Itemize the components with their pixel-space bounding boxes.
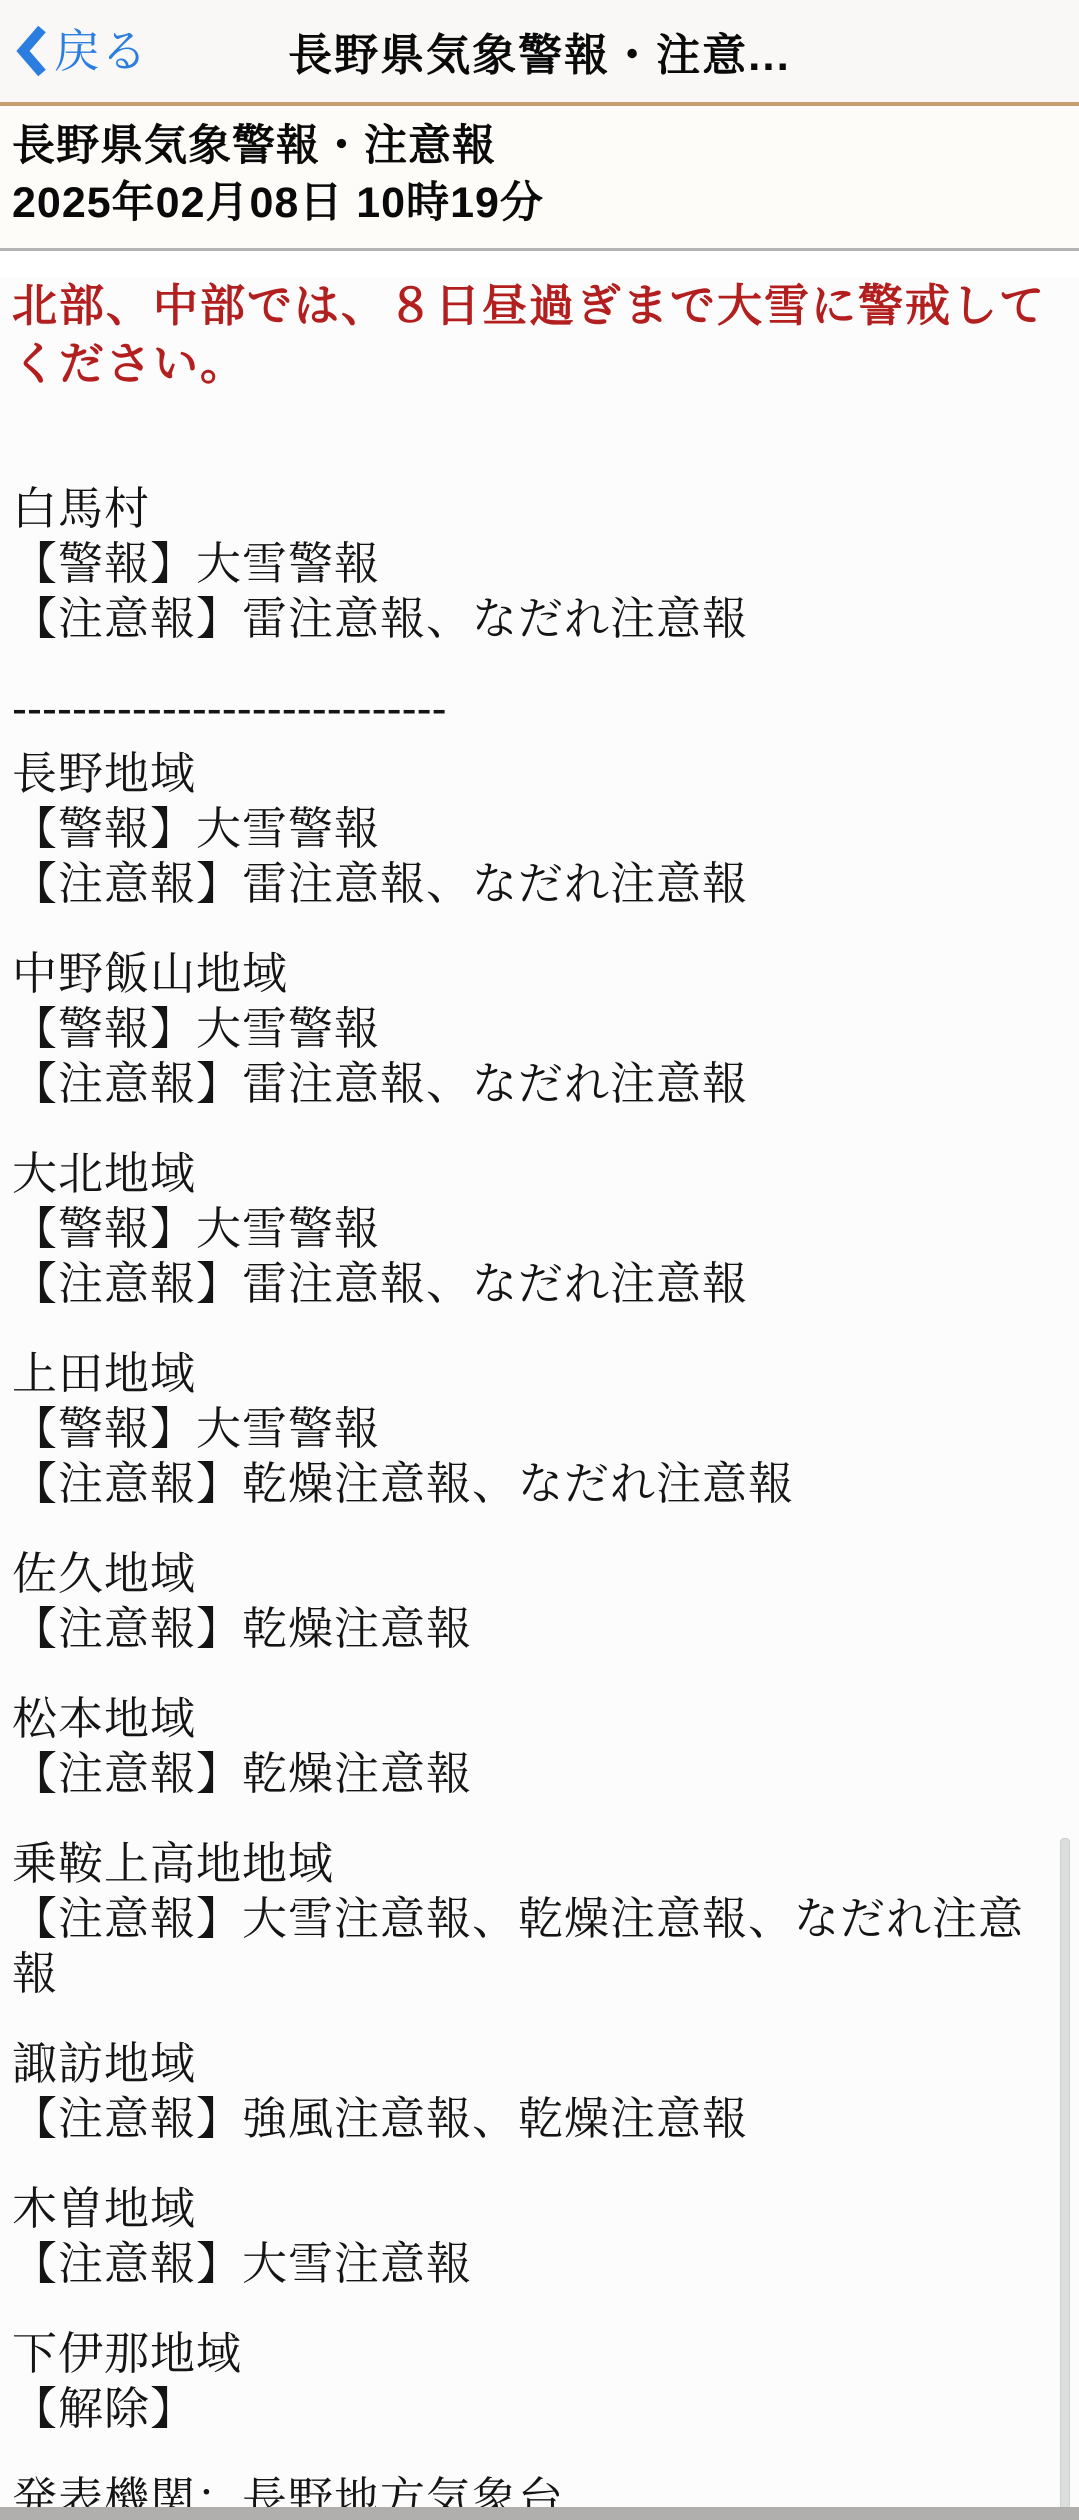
- region-section: 大北地域【警報】大雪警報【注意報】雷注意報、なだれ注意報: [12, 1146, 1063, 1311]
- region-list: 白馬村【警報】大雪警報【注意報】雷注意報、なだれ注意報-------------…: [12, 481, 1063, 2436]
- region-name: 白馬村: [12, 481, 1063, 536]
- warning-line: 【注意報】雷注意報、なだれ注意報: [12, 1256, 1063, 1311]
- region-name: 木曽地域: [12, 2181, 1063, 2236]
- region-name: 上田地域: [12, 1346, 1063, 1401]
- warning-line: 【警報】大雪警報: [12, 536, 1063, 591]
- report-title: 長野県気象警報・注意報: [12, 118, 1067, 175]
- warning-line: 【注意報】大雪注意報: [12, 2236, 1063, 2291]
- warning-line: 【警報】大雪警報: [12, 1001, 1063, 1056]
- separator-dashes: -----------------------------: [12, 681, 1063, 736]
- nav-bar: 戻る 長野県気象警報・注意...: [0, 0, 1079, 106]
- back-chevron-icon: [16, 24, 48, 78]
- region-section: 白馬村【警報】大雪警報【注意報】雷注意報、なだれ注意報: [12, 481, 1063, 646]
- report-datetime: 2025年02月08日 10時19分: [12, 175, 1067, 232]
- warning-line: 【警報】大雪警報: [12, 1401, 1063, 1456]
- bottom-bar: [0, 2507, 1079, 2520]
- nav-title: 長野県気象警報・注意...: [288, 19, 791, 83]
- region-name: 中野飯山地域: [12, 946, 1063, 1001]
- warning-line: 【注意報】大雪注意報、乾燥注意報、なだれ注意報: [12, 1891, 1063, 2001]
- report-header: 長野県気象警報・注意報 2025年02月08日 10時19分: [0, 106, 1079, 251]
- screen: 戻る 長野県気象警報・注意... 長野県気象警報・注意報 2025年02月08日…: [0, 0, 1079, 2520]
- warning-line: 【注意報】乾燥注意報: [12, 1601, 1063, 1656]
- region-section: 乗鞍上高地地域【注意報】大雪注意報、乾燥注意報、なだれ注意報: [12, 1836, 1063, 2001]
- warning-line: 【注意報】強風注意報、乾燥注意報: [12, 2091, 1063, 2146]
- report-body: 北部、中部では、８日昼過ぎまで大雪に警戒してください。 白馬村【警報】大雪警報【…: [0, 277, 1079, 2520]
- alert-message: 北部、中部では、８日昼過ぎまで大雪に警戒してください。: [12, 277, 1063, 393]
- warning-line: 【解除】: [12, 2381, 1063, 2436]
- scrollbar-thumb[interactable]: [1060, 1838, 1070, 2510]
- warning-line: 【警報】大雪警報: [12, 801, 1063, 856]
- region-name: 乗鞍上高地地域: [12, 1836, 1063, 1891]
- region-section: 下伊那地域【解除】: [12, 2326, 1063, 2436]
- region-section: 諏訪地域【注意報】強風注意報、乾燥注意報: [12, 2036, 1063, 2146]
- warning-line: 【注意報】乾燥注意報: [12, 1746, 1063, 1801]
- region-section: 佐久地域【注意報】乾燥注意報: [12, 1546, 1063, 1656]
- region-section: 松本地域【注意報】乾燥注意報: [12, 1691, 1063, 1801]
- warning-line: 【注意報】雷注意報、なだれ注意報: [12, 1056, 1063, 1111]
- back-button[interactable]: 戻る: [16, 24, 148, 78]
- warning-line: 【注意報】雷注意報、なだれ注意報: [12, 856, 1063, 911]
- warning-line: 【注意報】雷注意報、なだれ注意報: [12, 591, 1063, 646]
- region-section: 中野飯山地域【警報】大雪警報【注意報】雷注意報、なだれ注意報: [12, 946, 1063, 1111]
- warning-line: 【注意報】乾燥注意報、なだれ注意報: [12, 1456, 1063, 1511]
- region-section: 木曽地域【注意報】大雪注意報: [12, 2181, 1063, 2291]
- back-label: 戻る: [54, 28, 148, 74]
- region-section: 上田地域【警報】大雪警報【注意報】乾燥注意報、なだれ注意報: [12, 1346, 1063, 1511]
- region-section: 長野地域【警報】大雪警報【注意報】雷注意報、なだれ注意報: [12, 746, 1063, 911]
- region-name: 佐久地域: [12, 1546, 1063, 1601]
- region-name: 大北地域: [12, 1146, 1063, 1201]
- region-name: 松本地域: [12, 1691, 1063, 1746]
- region-name: 諏訪地域: [12, 2036, 1063, 2091]
- region-name: 下伊那地域: [12, 2326, 1063, 2381]
- region-name: 長野地域: [12, 746, 1063, 801]
- warning-line: 【警報】大雪警報: [12, 1201, 1063, 1256]
